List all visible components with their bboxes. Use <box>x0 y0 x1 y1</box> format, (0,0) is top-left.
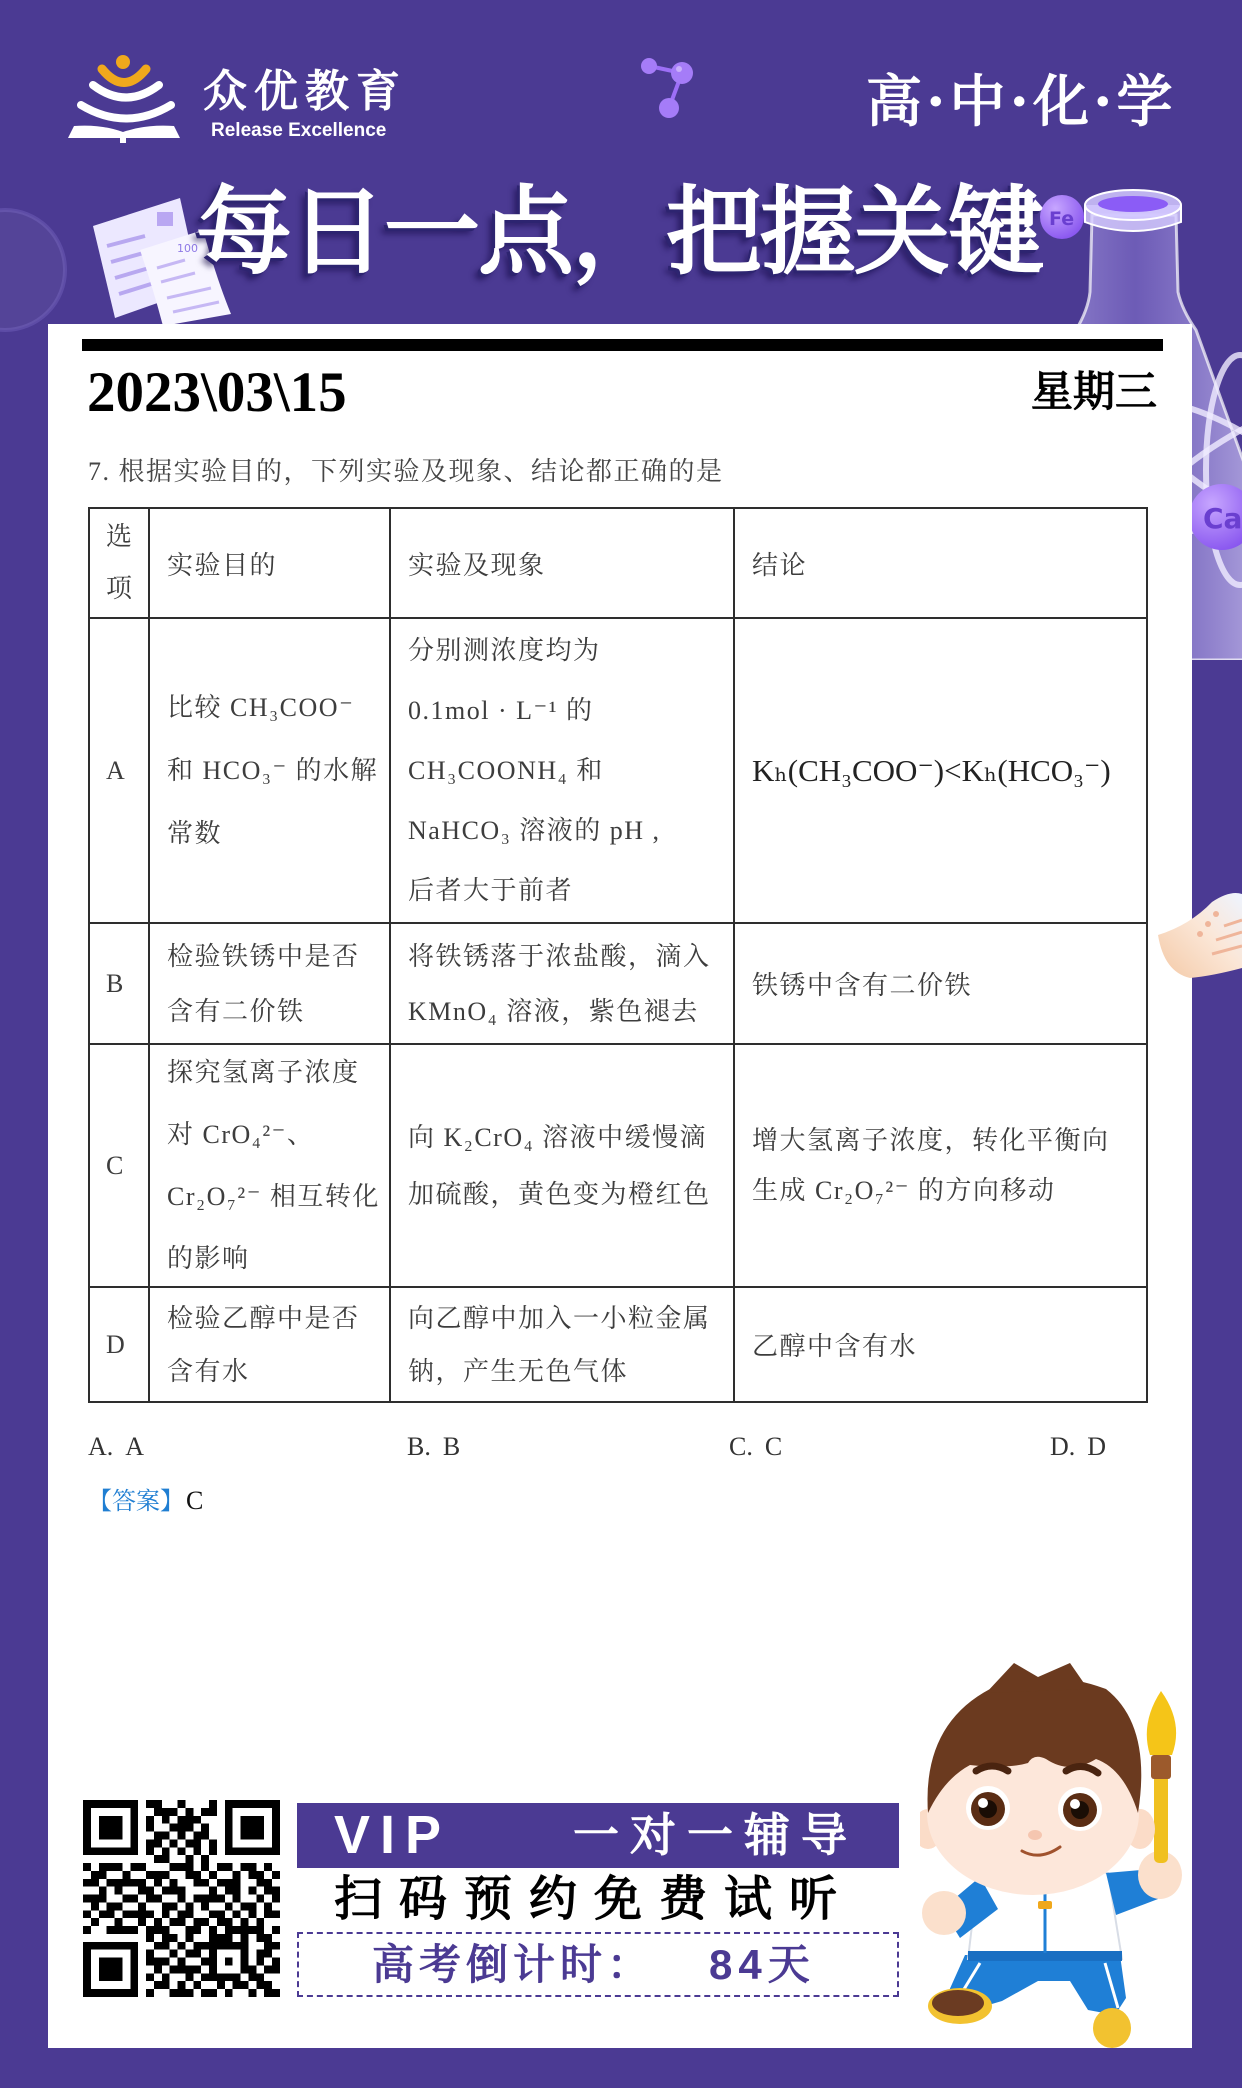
cell-line: 乙醇中含有水 <box>752 1326 1146 1363</box>
cell-line: 的影响 <box>167 1228 389 1289</box>
choice-key: B. <box>407 1432 431 1461</box>
row-c-purpose: 探究氢离子浓度 对 CrO₄²⁻、 Cr₂O₇²⁻ 相互转化 的影响 <box>150 1045 391 1288</box>
header-cell-experiment: 实验及现象 <box>391 509 735 619</box>
countdown-box: 高考倒计时： 84天 <box>297 1932 899 1997</box>
headline: 每日一点，把握关键 <box>196 178 1042 288</box>
cell-line: 比较 CH₃COO⁻ <box>167 676 389 739</box>
row-d-experiment: 向乙醇中加入一小粒金属 钠，产生无色气体 <box>391 1288 735 1403</box>
subject-title: 高·中·化·学 <box>866 72 1177 132</box>
row-a-experiment: 分别测浓度均为 0.1mol · L⁻¹ 的 CH₃COONH₄ 和 NaHCO… <box>391 619 735 924</box>
header-cell-option: 选 项 <box>90 509 150 619</box>
cell-line: 铁锈中含有二价铁 <box>752 965 1146 1002</box>
option-letter: B <box>106 969 148 999</box>
header-text: 项 <box>106 563 148 615</box>
row-b-purpose: 检验铁锈中是否 含有二价铁 <box>150 924 391 1045</box>
choice-b: B.B <box>407 1432 460 1462</box>
brand-logo-icon <box>66 52 182 144</box>
row-b-conclusion: 铁锈中含有二价铁 <box>735 924 1148 1045</box>
header-cell-conclusion: 结论 <box>735 509 1148 619</box>
header-text: 选 <box>106 511 148 563</box>
row-b-experiment: 将铁锈落于浓盐酸，滴入 KMnO₄ 溶液，紫色褪去 <box>391 924 735 1045</box>
countdown-days: 84天 <box>709 1934 816 1995</box>
cell-line: 后者大于前者 <box>408 861 733 921</box>
cell-line: 常数 <box>167 802 389 865</box>
option-letter: A <box>106 756 148 786</box>
poster: 众优教育 Release Excellence 高·中·化·学 100 <box>0 0 1242 2088</box>
cell-line: 向乙醇中加入一小粒金属 <box>408 1292 733 1345</box>
row-c-option: C <box>90 1045 150 1288</box>
header-text: 实验目的 <box>167 545 389 582</box>
cell-line: 生成 Cr₂O₇²⁻ 的方向移动 <box>752 1166 1146 1216</box>
option-letter: C <box>106 1151 148 1181</box>
cell-line: 和 HCO₃⁻ 的水解 <box>167 739 389 802</box>
cell-line: 0.1mol · L⁻¹ 的 <box>408 681 733 741</box>
row-a-conclusion: Kₕ(CH₃COO⁻)<Kₕ(HCO₃⁻) <box>735 619 1148 924</box>
header-text: 实验及现象 <box>408 545 733 582</box>
row-c-experiment: 向 K₂CrO₄ 溶液中缓慢滴 加硫酸，黄色变为橙红色 <box>391 1045 735 1288</box>
header-text: 结论 <box>752 545 1146 582</box>
vip-banner: VIP 一对一辅导 <box>297 1803 899 1868</box>
cell-line: Cr₂O₇²⁻ 相互转化 <box>167 1166 389 1228</box>
answer: 【答案】C <box>88 1486 203 1517</box>
cell-line: 分别测浓度均为 <box>408 621 733 681</box>
iron-label: Fe <box>1049 208 1074 230</box>
curled-paper-icon <box>1150 880 1242 980</box>
cell-line: 检验乙醇中是否 <box>167 1292 389 1345</box>
choice-value: C <box>765 1432 782 1461</box>
choice-value: A <box>125 1432 144 1461</box>
paper-score: 100 <box>177 242 198 255</box>
circle-decoration-icon <box>0 205 70 335</box>
row-d-conclusion: 乙醇中含有水 <box>735 1288 1148 1403</box>
choice-value: D <box>1087 1432 1106 1461</box>
choice-key: A. <box>88 1432 113 1461</box>
cell-line: KMnO₄ 溶液，紫色褪去 <box>408 984 733 1039</box>
header-cell-purpose: 实验目的 <box>150 509 391 619</box>
row-d-purpose: 检验乙醇中是否 含有水 <box>150 1288 391 1403</box>
vip-service: 一对一辅导 <box>573 1803 858 1868</box>
cell-line: 含有水 <box>167 1345 389 1398</box>
cell-line: 加硫酸，黄色变为橙红色 <box>408 1166 733 1223</box>
question-text: 7. 根据实验目的，下列实验及现象、结论都正确的是 <box>88 457 724 487</box>
row-d-option: D <box>90 1288 150 1403</box>
option-letter: D <box>106 1330 148 1360</box>
cell-line: 将铁锈落于浓盐酸，滴入 <box>408 929 733 984</box>
cell-line: 向 K₂CrO₄ 溶液中缓慢滴 <box>408 1109 733 1166</box>
date: 2023\03\15 <box>87 364 347 421</box>
choice-value: B <box>443 1432 460 1461</box>
cell-line: NaHCO₃ 溶液的 pH , <box>408 801 733 861</box>
calcium-label: Ca <box>1203 502 1242 535</box>
qr-code-icon <box>83 1800 280 1997</box>
brand-tagline: Release Excellence <box>211 120 386 142</box>
divider-bar <box>82 339 1163 351</box>
choice-c: C.C <box>729 1432 782 1462</box>
countdown-label: 高考倒计时： <box>372 1934 654 1995</box>
brand-name: 众优教育 <box>203 67 407 117</box>
cell-line: 检验铁锈中是否 <box>167 929 389 984</box>
cell-line: 对 CrO₄²⁻、 <box>167 1104 389 1166</box>
question-table: 选 项 实验目的 实验及现象 结论 A 比较 CH₃COO⁻ 和 HCO₃⁻ 的… <box>88 507 1148 1403</box>
cell-line: CH₃COONH₄ 和 <box>408 741 733 801</box>
mascot-boy-icon <box>920 1663 1192 2049</box>
cell-line: 钠，产生无色气体 <box>408 1345 733 1398</box>
weekday: 星期三 <box>1031 372 1157 414</box>
choice-key: C. <box>729 1432 753 1461</box>
choice-d: D.D <box>1050 1432 1106 1462</box>
cell-line: 含有二价铁 <box>167 984 389 1039</box>
choice-a: A.A <box>88 1432 144 1462</box>
answer-value: C <box>186 1486 203 1515</box>
row-c-conclusion: 增大氢离子浓度，转化平衡向 生成 Cr₂O₇²⁻ 的方向移动 <box>735 1045 1148 1288</box>
cell-line: 探究氢离子浓度 <box>167 1045 389 1104</box>
row-b-option: B <box>90 924 150 1045</box>
cta-text: 扫码预约免费试听 <box>334 1872 854 1928</box>
row-a-purpose: 比较 CH₃COO⁻ 和 HCO₃⁻ 的水解 常数 <box>150 619 391 924</box>
choice-key: D. <box>1050 1432 1075 1461</box>
answer-label: 【答案】 <box>88 1489 184 1515</box>
row-a-option: A <box>90 619 150 924</box>
molecule-icon <box>630 48 700 128</box>
cell-line: 增大氢离子浓度，转化平衡向 <box>752 1116 1146 1166</box>
vip-label: VIP <box>334 1803 451 1868</box>
formula: Kₕ(CH₃COO⁻)<Kₕ(HCO₃⁻) <box>752 753 1146 789</box>
